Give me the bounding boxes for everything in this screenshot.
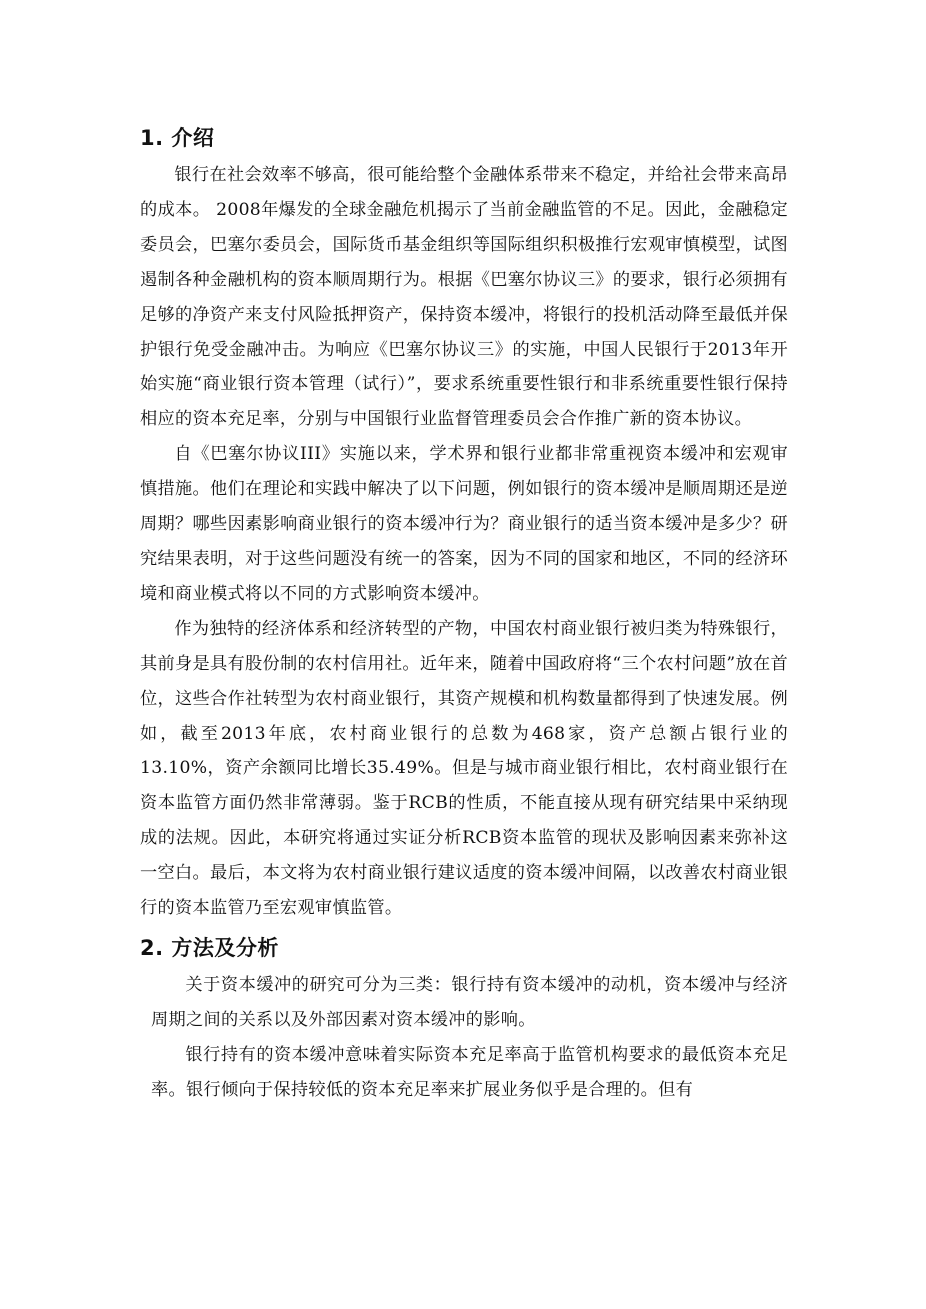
paragraph: 作为独特的经济体系和经济转型的产物，中国农村商业银行被归类为特殊银行，其前身是具… bbox=[140, 612, 788, 926]
document-page: 1. 介绍 银行在社会效率不够高，很可能给整个金融体系带来不稳定，并给社会带来高… bbox=[140, 118, 788, 1108]
paragraph: 银行持有的资本缓冲意味着实际资本充足率高于监管机构要求的最低资本充足率。银行倾向… bbox=[140, 1038, 788, 1108]
paragraph: 自《巴塞尔协议III》实施以来，学术界和银行业都非常重视资本缓冲和宏观审慎措施。… bbox=[140, 437, 788, 612]
paragraph: 关于资本缓冲的研究可分为三类：银行持有资本缓冲的动机，资本缓冲与经济周期之间的关… bbox=[140, 968, 788, 1038]
section-introduction: 1. 介绍 银行在社会效率不够高，很可能给整个金融体系带来不稳定，并给社会带来高… bbox=[140, 118, 788, 926]
section-heading: 2. 方法及分析 bbox=[140, 928, 788, 968]
paragraph: 银行在社会效率不够高，很可能给整个金融体系带来不稳定，并给社会带来高昂的成本。 … bbox=[140, 158, 788, 437]
section-heading: 1. 介绍 bbox=[140, 118, 788, 158]
section-methods-analysis: 2. 方法及分析 关于资本缓冲的研究可分为三类：银行持有资本缓冲的动机，资本缓冲… bbox=[140, 928, 788, 1108]
